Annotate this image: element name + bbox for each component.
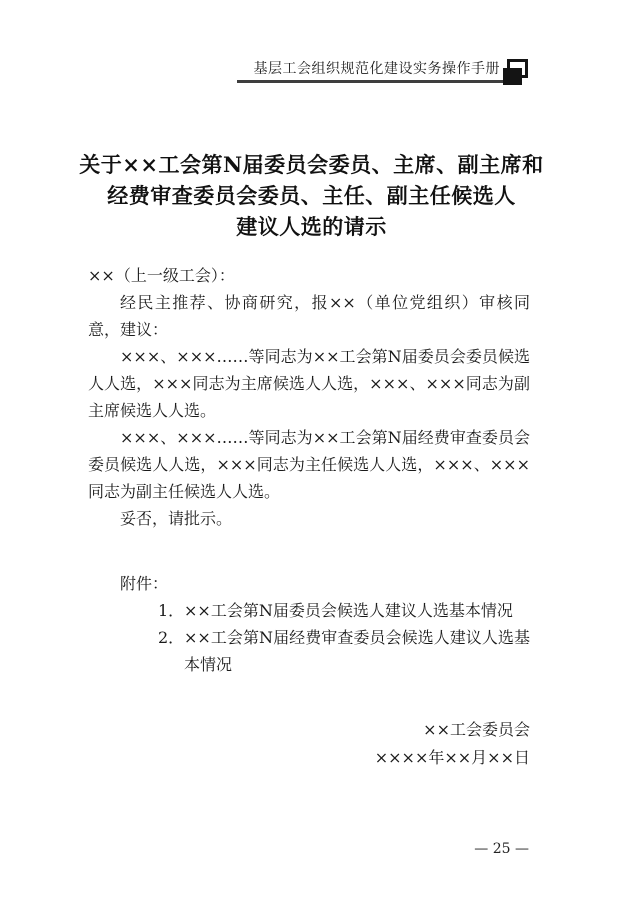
attachments-label: 附件：	[88, 570, 530, 597]
document-title-line-2: 经费审查委员会委员、主任、副主任候选人	[40, 180, 583, 211]
attachments-section: 附件： 1． ××工会第N届委员会候选人建议人选基本情况 2． ××工会第N届经…	[88, 570, 530, 678]
paragraph-closing: 妥否，请批示。	[88, 505, 530, 532]
page-number: — 25 —	[474, 841, 529, 857]
salutation: ××（上一级工会）：	[88, 262, 530, 289]
attachment-item: 2． ××工会第N届经费审查委员会候选人建议人选基本情况	[88, 624, 530, 678]
paragraph-committee-candidates: ×××、×××……等同志为××工会第N届委员会委员候选人人选，×××同志为主席候…	[88, 343, 530, 424]
signature-block: ××工会委员会 ××××年××月××日	[88, 716, 530, 772]
booklet-title: 基层工会组织规范化建设实务操作手册	[254, 58, 501, 78]
attachment-number: 1．	[158, 597, 184, 624]
document-title-line-1: 关于××工会第N届委员会委员、主席、副主席和	[40, 149, 583, 180]
attachment-text: ××工会第N届经费审查委员会候选人建议人选基本情况	[184, 624, 530, 678]
solid-square	[503, 68, 522, 85]
document-title-line-3: 建议人选的请示	[40, 211, 583, 242]
paragraph-audit-candidates: ×××、×××……等同志为××工会第N届经费审查委员会委员候选人人选，×××同志…	[88, 424, 530, 505]
document-body: ××（上一级工会）： 经民主推荐、协商研究，报××（单位党组织）审核同意，建议：…	[88, 262, 530, 772]
header-rule	[237, 80, 512, 83]
paragraph-approval: 经民主推荐、协商研究，报××（单位党组织）审核同意，建议：	[88, 289, 530, 343]
document-title: 关于××工会第N届委员会委员、主席、副主席和 经费审查委员会委员、主任、副主任候…	[40, 149, 583, 242]
signature-organization: ××工会委员会	[88, 716, 530, 744]
attachment-item: 1． ××工会第N届委员会候选人建议人选基本情况	[88, 597, 530, 624]
signature-date: ××××年××月××日	[88, 744, 530, 772]
attachment-number: 2．	[158, 624, 184, 678]
attachment-text: ××工会第N届委员会候选人建议人选基本情况	[184, 597, 530, 624]
document-page: 基层工会组织规范化建设实务操作手册 关于××工会第N届委员会委员、主席、副主席和…	[0, 0, 623, 906]
